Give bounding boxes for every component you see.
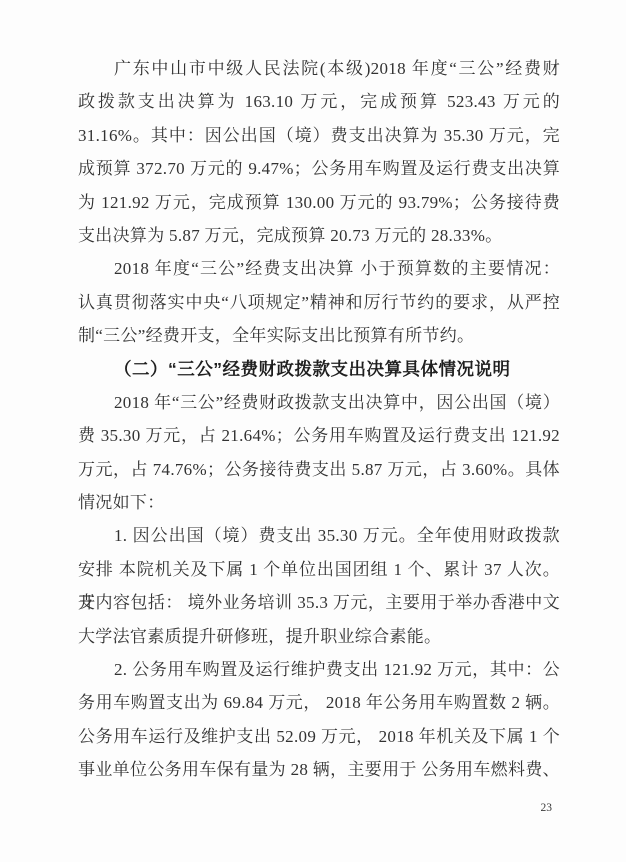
text-line: 广东中山市中级人民法院(本级)2018 年度“三公”经费财 (78, 52, 560, 85)
text-line: 大学法官素质提升研修班，提升职业综合素能。 (78, 620, 560, 653)
text-line: 事业单位公务用车保有量为 28 辆，主要用于 公务用车燃料费、 (78, 753, 560, 786)
text-line: 情况如下： (78, 486, 560, 519)
text-line: 务用车购置支出为 69.84 万元， 2018 年公务用车购置数 2 辆。 (78, 686, 560, 719)
text-line: 万元，占 74.76%；公务接待费支出 5.87 万元，占 3.60%。具体 (78, 453, 560, 486)
text-line: 成预算 372.70 万元的 9.47%；公务用车购置及运行费支出决算 (78, 152, 560, 185)
text-line: 2018 年“三公”经费财政拨款支出决算中，因公出国（境） (78, 386, 560, 419)
text-line: 为 121.92 万元，完成预算 130.00 万元的 93.79%；公务接待费 (78, 186, 560, 219)
text-line: 政拨款支出决算为 163.10 万元，完成预算 523.43 万元的 (78, 85, 560, 118)
text-line: 1. 因公出国（境）费支出 35.30 万元。全年使用财政拨款 (78, 519, 560, 552)
text-line: 公务用车运行及维护支出 52.09 万元， 2018 年机关及下属 1 个 (78, 720, 560, 753)
text-line: 2. 公务用车购置及运行维护费支出 121.92 万元，其中：公 (78, 653, 560, 686)
section-heading: （二）“三公”经费财政拨款支出决算具体情况说明 (78, 353, 560, 386)
text-line: 31.16%。其中：因公出国（境）费支出决算为 35.30 万元，完 (78, 119, 560, 152)
text-line: 制“三公”经费开支，全年实际支出比预算有所节约。 (78, 319, 560, 352)
document-body: 广东中山市中级人民法院(本级)2018 年度“三公”经费财 政拨款支出决算为 1… (78, 52, 560, 787)
document-page: 广东中山市中级人民法院(本级)2018 年度“三公”经费财 政拨款支出决算为 1… (0, 0, 626, 862)
text-line: 支内容包括： 境外业务培训 35.3 万元，主要用于举办香港中文 (78, 586, 560, 619)
page-number: 23 (0, 800, 552, 816)
text-line: 费 35.30 万元，占 21.64%；公务用车购置及运行费支出 121.92 (78, 419, 560, 452)
text-line: 2018 年度“三公”经费支出决算 小于预算数的主要情况： (78, 252, 560, 285)
text-line: 认真贯彻落实中央“八项规定”精神和厉行节约的要求，从严控 (78, 286, 560, 319)
text-line: 支出决算为 5.87 万元，完成预算 20.73 万元的 28.33%。 (78, 219, 560, 252)
text-line: 安排 本院机关及下属 1 个单位出国团组 1 个、累计 37 人次。开 (78, 553, 560, 586)
